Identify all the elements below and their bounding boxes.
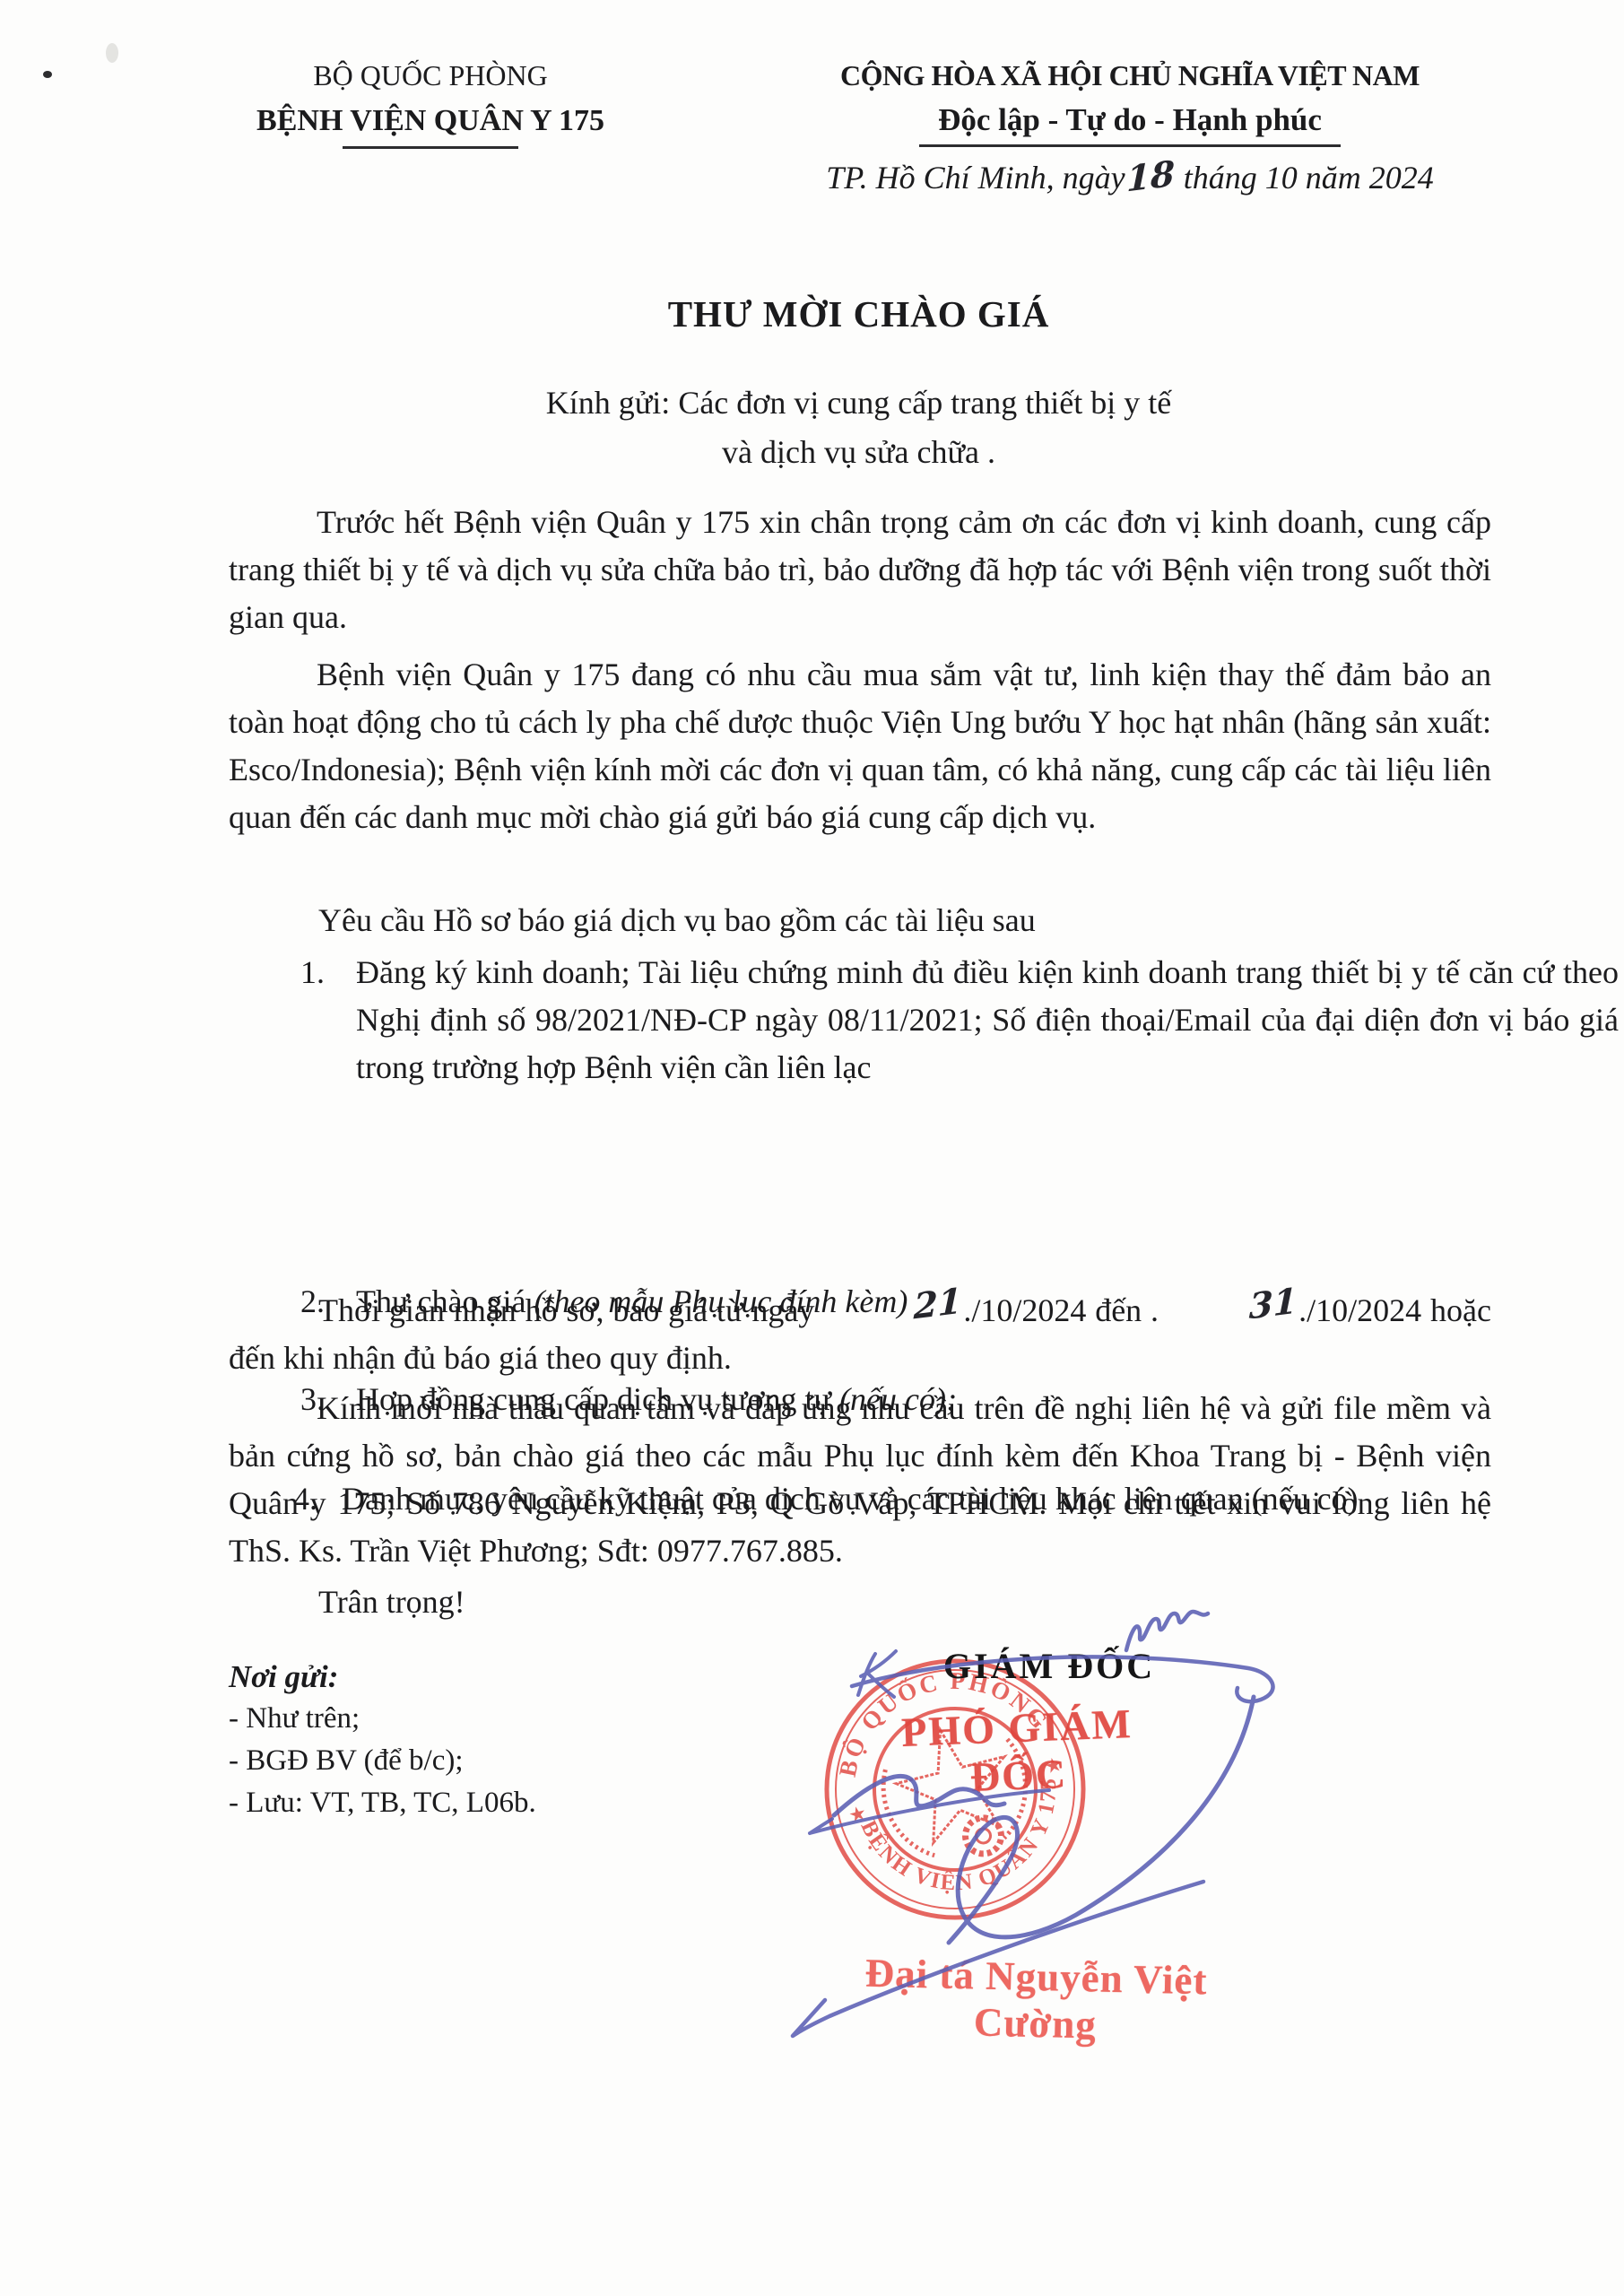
paragraph-contact: Kính mời nhà thầu quan tâm và đáp ứng nh… xyxy=(229,1385,1491,1575)
pen-signature-strokes xyxy=(699,1556,1381,2094)
issuer-underline xyxy=(343,146,518,149)
recipient-block: Kính gửi: Các đơn vị cung cấp trang thiế… xyxy=(229,378,1489,477)
place-and-date: TP. Hồ Chí Minh, ngày18 tháng 10 năm 202… xyxy=(807,156,1453,197)
scan-smudge-artifact xyxy=(106,43,118,63)
list-item-1-text: Đăng ký kinh doanh; Tài liệu chứng minh … xyxy=(356,954,1619,1085)
signature-top-squiggle xyxy=(1126,1612,1208,1650)
timeline-mid: ./10/2024 đến . xyxy=(963,1292,1159,1328)
issuer-hospital: BỆNH VIỆN QUÂN Y 175 xyxy=(231,99,630,143)
issuer-ministry: BỘ QUỐC PHÒNG xyxy=(231,52,630,99)
handwritten-start-day: 21 xyxy=(824,1277,962,1342)
list-item-1-number: 1. xyxy=(300,949,325,996)
recipient-line1: Kính gửi: Các đơn vị cung cấp trang thiế… xyxy=(229,378,1489,428)
handwritten-day: 18 xyxy=(1125,152,1175,200)
document-title: THƯ MỜI CHÀO GIÁ xyxy=(229,292,1489,335)
footer-label: Nơi gửi: xyxy=(229,1656,731,1698)
scan-dot-artifact xyxy=(43,71,52,78)
recipient-line2: và dịch vụ sửa chữa . xyxy=(229,428,1489,477)
requirements-intro: Yêu cầu Hồ sơ báo giá dịch vụ bao gồm cá… xyxy=(229,897,1491,944)
footer-line-3: - Lưu: VT, TB, TC, L06b. xyxy=(229,1782,731,1824)
timeline-prefix: Thời gian nhận hồ sơ, báo giá từ ngày xyxy=(318,1292,823,1328)
footer-line-1: - Như trên; xyxy=(229,1698,731,1740)
signature-descender-loop xyxy=(949,1697,1254,1943)
signature-long-flourish xyxy=(852,1657,1273,1701)
header-issuer: BỘ QUỐC PHÒNG BỆNH VIỆN QUÂN Y 175 xyxy=(231,52,630,149)
motto-underline xyxy=(919,144,1341,147)
paragraph-thanks: Trước hết Bệnh viện Quân y 175 xin chân … xyxy=(229,499,1491,641)
paragraph-timeline: Thời gian nhận hồ sơ, báo giá từ ngày 21… xyxy=(229,1286,1491,1382)
document-page: BỘ QUỐC PHÒNG BỆNH VIỆN QUÂN Y 175 CỘNG … xyxy=(0,0,1624,2296)
paragraph-need: Bệnh viện Quân y 175 đang có nhu cầu mua… xyxy=(229,651,1491,841)
list-item-1: 1.Đăng ký kinh doanh; Tài liệu chứng min… xyxy=(229,949,1619,1091)
date-suffix: tháng 10 năm 2024 xyxy=(1176,160,1434,196)
footer-recipients: Nơi gửi: - Như trên; - BGĐ BV (để b/c); … xyxy=(229,1656,731,1824)
date-prefix: TP. Hồ Chí Minh, ngày xyxy=(826,160,1125,196)
footer-line-2: - BGĐ BV (để b/c); xyxy=(229,1740,731,1782)
signature-k-mark xyxy=(858,1651,896,1697)
handwritten-end-day: 31 xyxy=(1159,1277,1298,1342)
national-motto-line2: Độc lập - Tự do - Hạnh phúc xyxy=(807,99,1453,142)
header-national: CỘNG HÒA XÃ HỘI CHỦ NGHĨA VIỆT NAM Độc l… xyxy=(807,52,1453,147)
signature-strike-through xyxy=(810,1790,1049,1833)
signature-bottom-swoosh xyxy=(793,1882,1203,2036)
national-motto-line1: CỘNG HÒA XÃ HỘI CHỦ NGHĨA VIỆT NAM xyxy=(807,52,1453,99)
